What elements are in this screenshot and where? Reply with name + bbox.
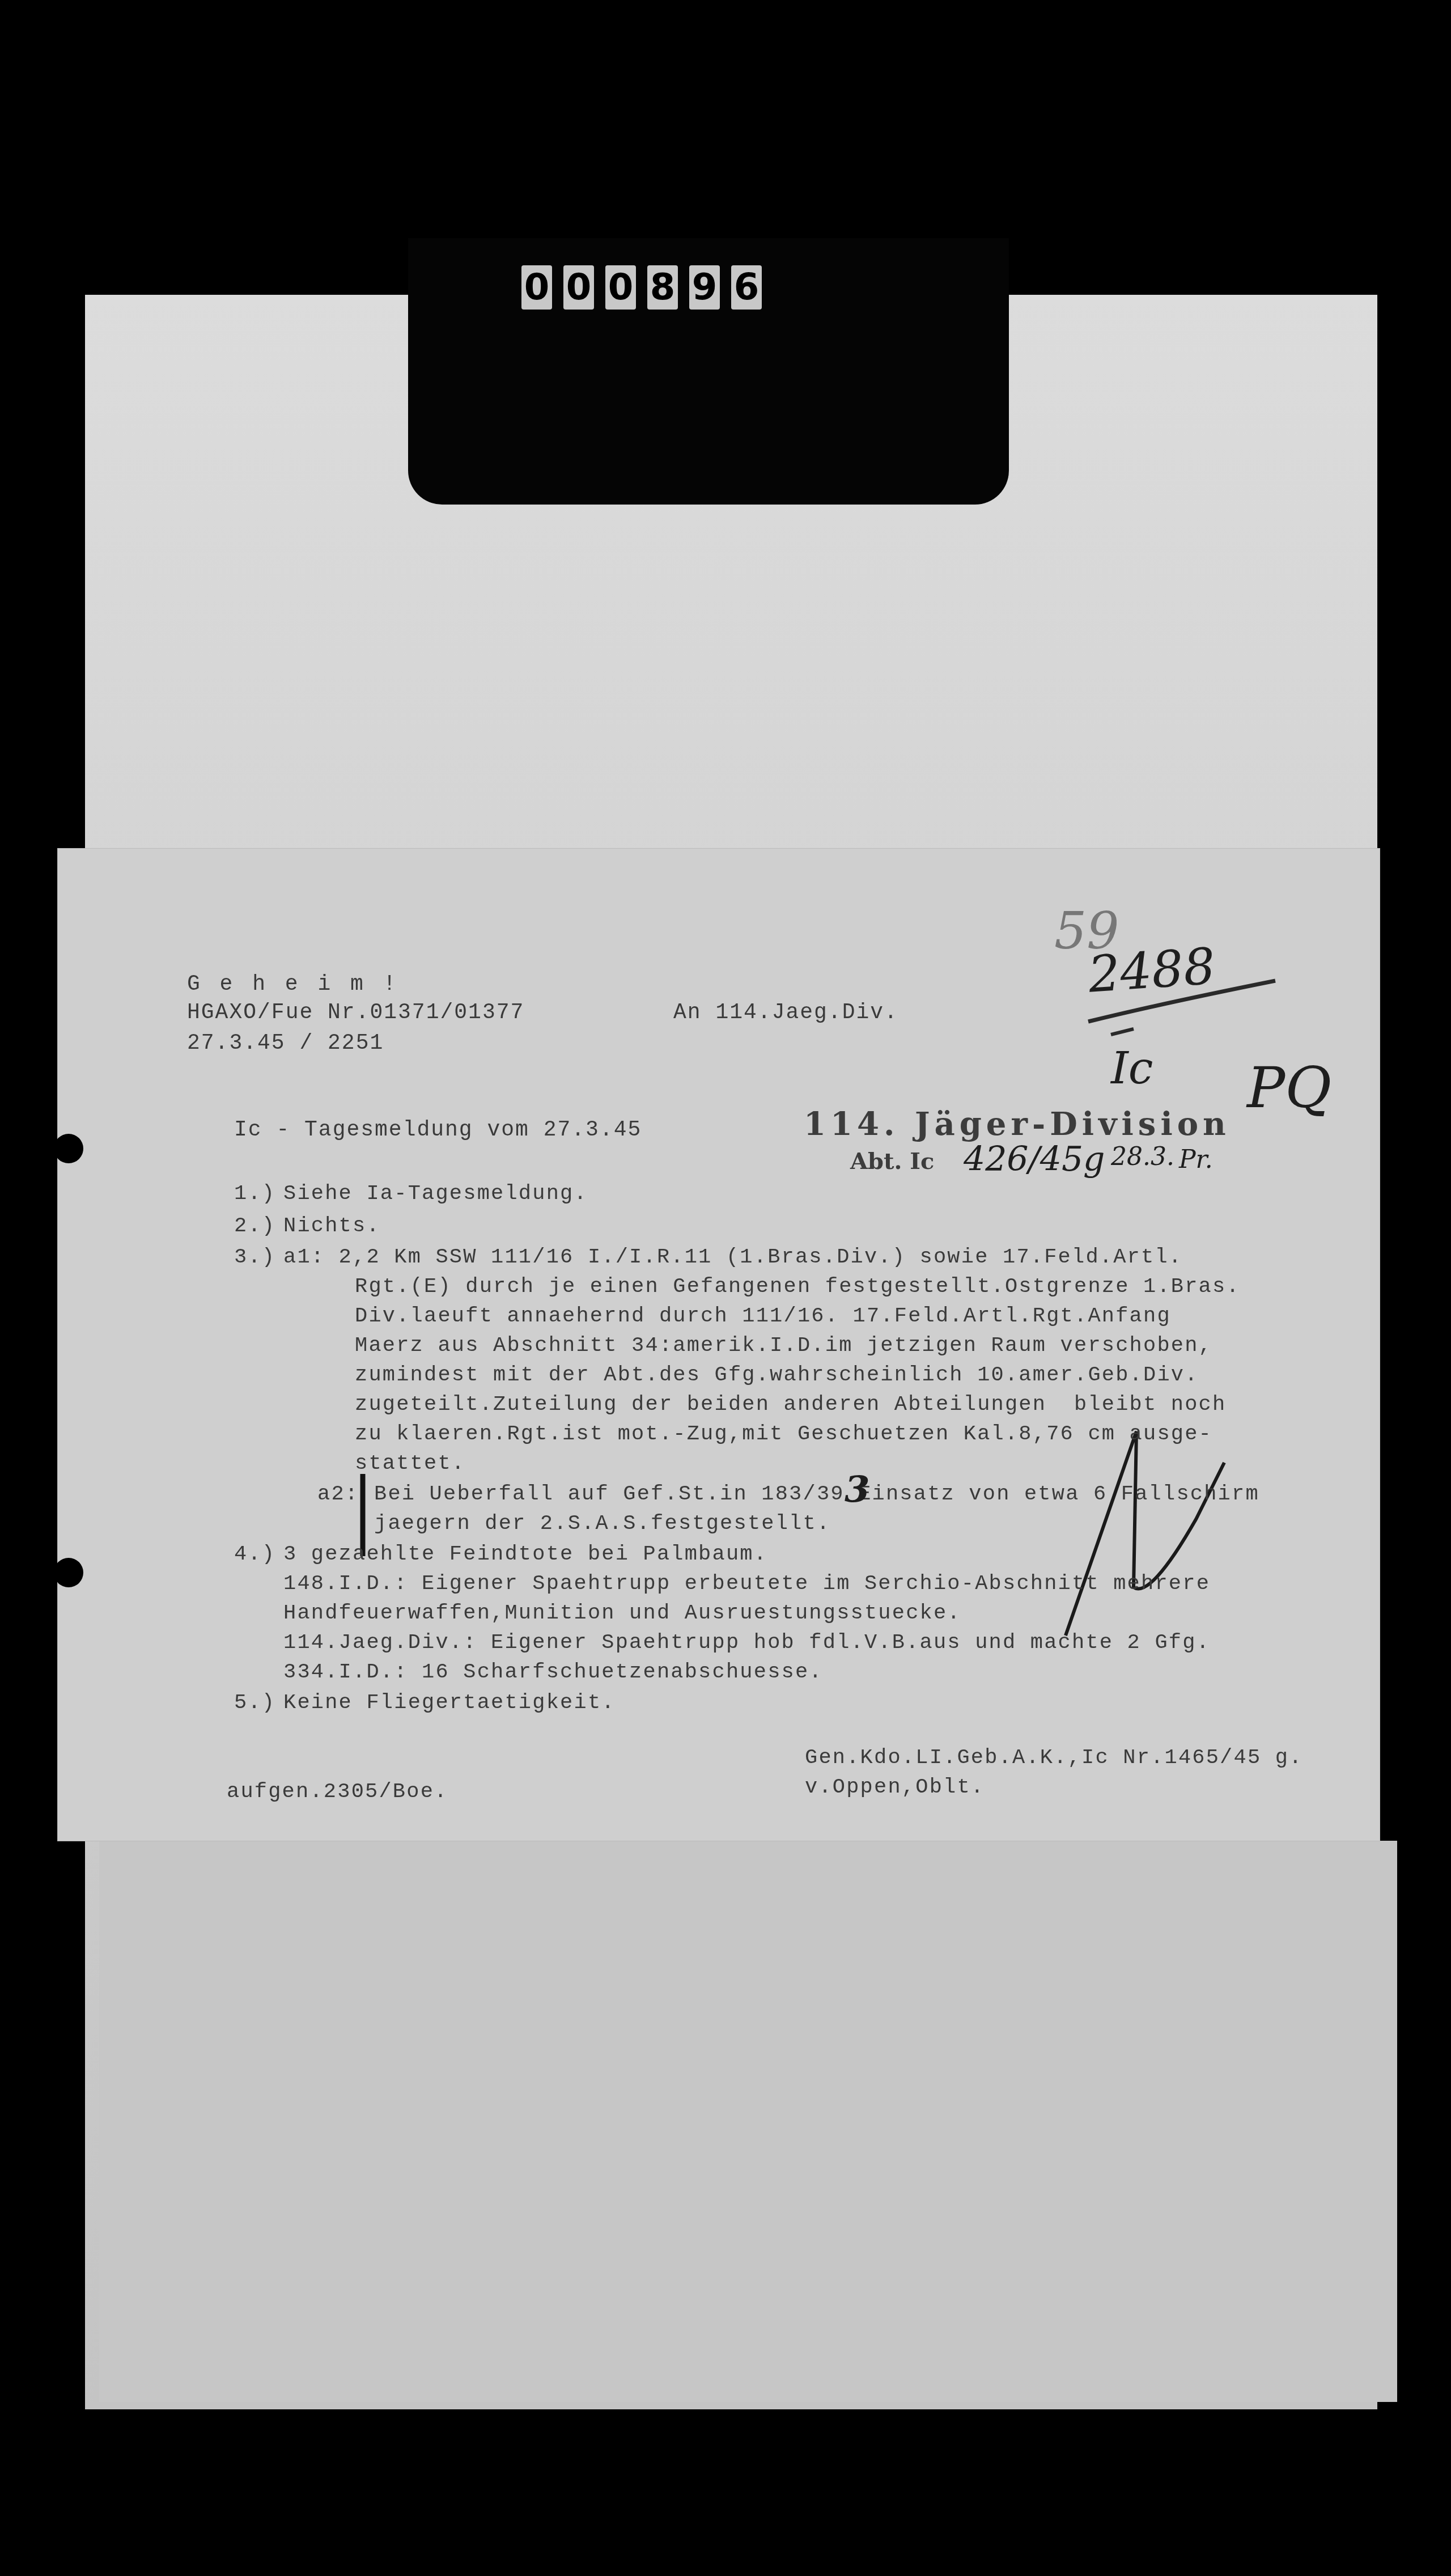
inserted-digit: 3 (845, 1468, 870, 1511)
item-line: Rgt.(E) durch je einen Gefangenen festge… (355, 1277, 1240, 1298)
item-line: Maerz aus Abschnitt 34:amerik.I.D.im jet… (355, 1336, 1212, 1357)
item-number: 4.) (234, 1544, 275, 1565)
item-line: 114.Jaeg.Div.: Eigener Spaehtrupp hob fd… (283, 1633, 1210, 1654)
item-number: 5.) (234, 1693, 275, 1714)
item-line: Div.laeuft annaehernd durch 111/16. 17.F… (355, 1306, 1171, 1327)
sender-reference: Gen.Kdo.LI.Geb.A.K.,Ic Nr.1465/45 g. (805, 1748, 1303, 1769)
item-line: zugeteilt.Zuteilung der beiden anderen A… (355, 1395, 1226, 1416)
item-text: Keine Fliegertaetigkeit. (283, 1693, 616, 1714)
item-line: Handfeuerwaffen,Munition und Ausruestung… (283, 1603, 961, 1624)
item-number: 3.) (234, 1247, 275, 1268)
item-line: jaegern der 2.S.A.S.festgestellt. (374, 1514, 830, 1535)
item-line: 334.I.D.: 16 Scharfschuetzenabschuesse. (283, 1662, 823, 1683)
item-line: zu klaeren.Rgt.ist mot.-Zug,mit Geschuet… (355, 1424, 1212, 1445)
item-line: a1: 2,2 Km SSW 111/16 I./I.R.11 (1.Bras.… (283, 1247, 1182, 1268)
item-line: stattet. (355, 1454, 465, 1475)
item-text: Siehe Ia-Tagesmeldung. (283, 1184, 588, 1205)
stamp-unit: 114. Jäger-Division (804, 1105, 1231, 1143)
handwritten-section: Ic (1111, 1043, 1153, 1094)
margin-mark: N (1304, 2494, 1304, 2495)
stamp-department: Abt. Ic (850, 1148, 934, 1175)
item-number: a2: (317, 1484, 359, 1505)
handwritten-initials: PQ (1247, 1054, 1331, 1121)
stamp-handwritten-date: 28.3. (1111, 1142, 1174, 1171)
item-number: 1.) (234, 1184, 275, 1205)
report-title: Ic - Tagesmeldung vom 27.3.45 (234, 1120, 642, 1141)
stamp-handwritten-number: 426/45g (964, 1139, 1105, 1179)
item-number: 2.) (234, 1216, 275, 1237)
item-line: zumindest mit der Abt.des Gfg.wahrschein… (355, 1365, 1199, 1386)
received-note: aufgen.2305/Boe. (227, 1782, 448, 1803)
item-text: Nichts. (283, 1216, 380, 1237)
item-line: 148.I.D.: Eigener Spaehtrupp erbeutete i… (283, 1574, 1210, 1595)
item-line: 3 gezaehlte Feindtote bei Palmbaum. (283, 1544, 767, 1565)
item-line: Bei Ueberfall auf Gef.St.in 183/39 Einsa… (374, 1484, 1259, 1505)
signature-block: v.Oppen,Oblt. (805, 1777, 985, 1798)
stamp-handwritten-initials: Pr. (1179, 1145, 1213, 1174)
